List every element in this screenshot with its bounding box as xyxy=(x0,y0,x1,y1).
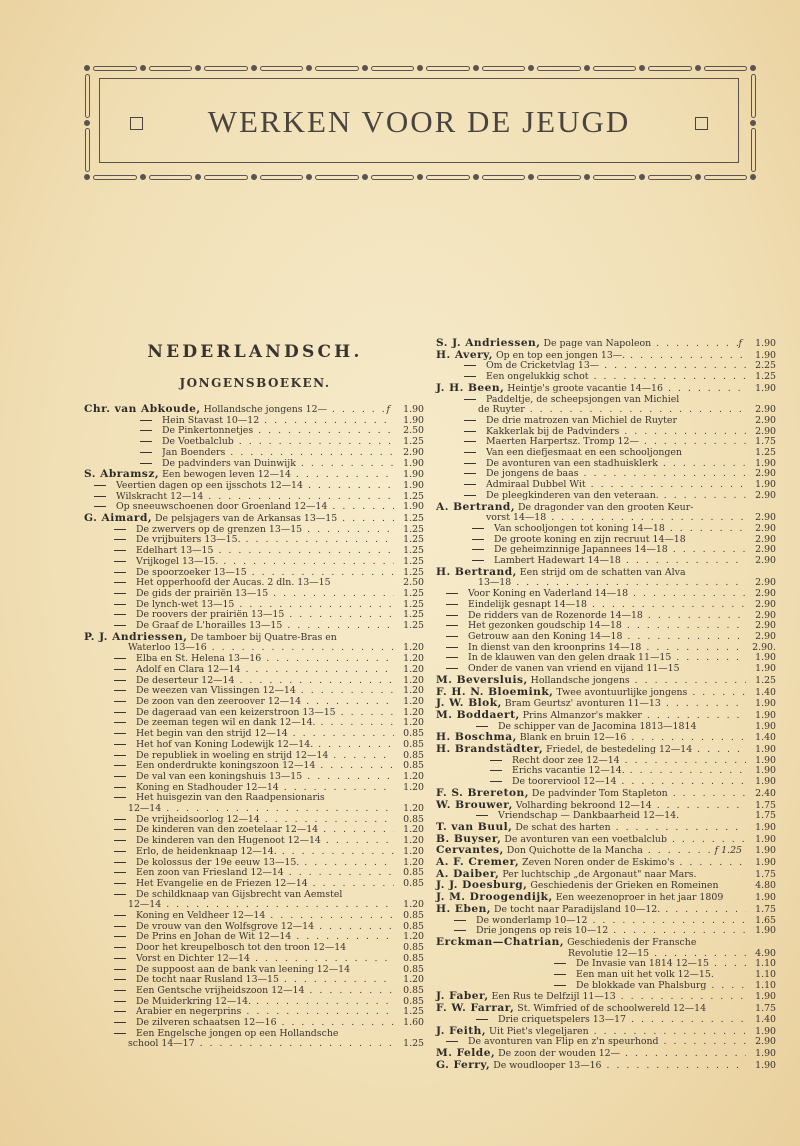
book-title: de Ruyter xyxy=(478,405,746,416)
ditto-dash-icon xyxy=(114,915,126,916)
book-title: De tamboer bij Quatre-Bras en xyxy=(190,633,394,644)
book-title: De schildknaap van Gijsbrecht van Aemste… xyxy=(136,890,394,901)
book-title: De groote koning en zijn recruut 14—18 xyxy=(494,535,746,546)
book-entry: Paddeltje, de scheepsjongen van Michiel xyxy=(436,395,776,406)
ditto-dash-icon xyxy=(464,376,476,377)
book-title: De zilveren schaatsen 12—16 xyxy=(136,1018,394,1029)
book-title: De kinderen van den zoetelaar 12—14 xyxy=(136,825,394,836)
book-entry: De zilveren schaatsen 12—161.60 xyxy=(84,1018,424,1029)
book-entry: Veertien dagen op een ijsschots 12—141.9… xyxy=(84,481,424,492)
ditto-dash-icon xyxy=(446,657,458,658)
ditto-dash-icon xyxy=(446,1041,458,1042)
book-title: De avonturen van een stadhuisklerk xyxy=(486,459,746,470)
book-entry-author: M. Felde, De zoon der wouden 12—1.90 xyxy=(436,1048,776,1060)
book-entry: Een man uit het volk 12—15.1.10 xyxy=(436,970,776,981)
book-entry: Door het kreupelbosch tot den troon 12—1… xyxy=(84,943,424,954)
book-entry: De roovers der prairiën 13—151.25 xyxy=(84,610,424,621)
book-title: school 14—17 xyxy=(128,1039,394,1050)
author-name: G. Ferry, xyxy=(436,1060,490,1071)
book-title: De dageraad van een keizerstroon 13—15 xyxy=(136,708,394,719)
price: 1.90 xyxy=(394,459,424,470)
section-heading: NEDERLANDSCH. xyxy=(84,342,426,362)
ditto-dash-icon xyxy=(446,625,458,626)
price: 2.90 xyxy=(746,1037,776,1048)
book-title: De spoorzoeker 13—15 xyxy=(136,568,394,579)
book-title: Veertien dagen op een ijsschots 12—14 xyxy=(116,481,394,492)
book-entry: De groote koning en zijn recruut 14—182.… xyxy=(436,535,776,546)
ditto-dash-icon xyxy=(114,1033,126,1034)
book-entry: Erichs vacantie 12—14.1.90 xyxy=(436,766,776,777)
top-chain-border xyxy=(84,64,756,72)
book-entry: De deserteur 12—141.20 xyxy=(84,676,424,687)
book-title: Drie criquetspelers 13—17 xyxy=(498,1015,746,1026)
book-entry: De suppoost aan de bank van leening 12—1… xyxy=(84,965,424,976)
author-name: H. Bertrand, xyxy=(436,567,517,578)
price: 1.10 xyxy=(746,981,776,992)
book-title: De deserteur 12—14 xyxy=(136,676,394,687)
book-entry: Van schooljongen tot koning 14—182.90 xyxy=(436,524,776,535)
book-entry: De zwervers op de grenzen 13—151.25 xyxy=(84,525,424,536)
book-entry: Drie criquetspelers 13—171.40 xyxy=(436,1015,776,1026)
book-title: De zeeman tegen wil en dank 12—14. xyxy=(136,718,394,729)
book-entry: Arabier en negerprins1.25 xyxy=(84,1007,424,1018)
price: 2.40 xyxy=(746,789,776,800)
book-entry: 12—141.20 xyxy=(84,900,424,911)
book-entry: Adolf en Clara 12—141.20 xyxy=(84,665,424,676)
price: 1.90 xyxy=(746,722,776,733)
book-title: Op sneeuwschoenen door Groenland 12—14 xyxy=(116,502,394,513)
book-title: De wonderlamp 10—12 xyxy=(476,916,746,927)
book-entry: De Voetbalclub1.25 xyxy=(84,437,424,448)
ditto-dash-icon xyxy=(140,452,152,453)
ditto-dash-icon xyxy=(114,701,126,702)
book-title: De page van Napoleon xyxy=(543,339,738,350)
book-title: Vriendschap — Dankbaarheid 12—14. xyxy=(498,811,746,822)
book-title: Friedel, de bestedeling 12—14 xyxy=(546,745,746,756)
book-entry: De republiek in woeling en strijd 12—140… xyxy=(84,751,424,762)
book-entry: 12—141.20 xyxy=(84,804,424,815)
book-title: Erlo, de heidenknaap 12—14. xyxy=(136,847,394,858)
author-name: Cervantes, xyxy=(436,845,504,856)
author-name: G. Aimard, xyxy=(84,513,152,524)
title-box: WERKEN VOOR DE JEUGD xyxy=(99,78,739,163)
ditto-dash-icon xyxy=(140,420,152,421)
ditto-dash-icon xyxy=(554,963,566,964)
book-title: Adolf en Clara 12—14 xyxy=(136,665,394,676)
book-title: De kinderen van den Hugenoot 12—14 xyxy=(136,836,394,847)
price: 1.25 xyxy=(394,1039,424,1050)
book-entry: In dienst van den kroonprins 14—182.90. xyxy=(436,643,776,654)
book-title: De schipper van de Jacomina 1813—1814 xyxy=(498,722,746,733)
ditto-dash-icon xyxy=(114,582,126,583)
book-title: In de klauwen van den gelen draak 11—15 xyxy=(468,653,746,664)
ditto-dash-icon xyxy=(476,726,488,727)
book-title: Revolutie 12—15 xyxy=(568,949,746,960)
price: 1.90 xyxy=(746,699,776,710)
ditto-dash-icon xyxy=(140,430,152,431)
book-entry: Een onderdrukte koningszoon 12—140.85 xyxy=(84,761,424,772)
book-entry: De kinderen van den zoetelaar 12—141.20 xyxy=(84,825,424,836)
price: 1.75 xyxy=(746,870,776,881)
ditto-dash-icon xyxy=(464,441,476,442)
book-entry-author: W. Brouwer, Volharding bekroond 12—141.7… xyxy=(436,800,776,812)
ditto-dash-icon xyxy=(114,539,126,540)
book-entry: Jan Boenders2.90 xyxy=(84,448,424,459)
ditto-dash-icon xyxy=(114,529,126,530)
author-name: M. Felde, xyxy=(436,1048,495,1059)
ditto-dash-icon xyxy=(464,495,476,496)
price: 1.40 xyxy=(746,1015,776,1026)
book-entry-author: S. J. Andriessen, De page van Napoleonf1… xyxy=(436,338,776,350)
ditto-dash-icon xyxy=(94,506,106,507)
ditto-dash-icon xyxy=(454,930,466,931)
book-title: De pleegkinderen van den veteraan. xyxy=(486,491,746,502)
ditto-dash-icon xyxy=(446,668,458,669)
book-entry: De val van een koningshuis 13—151.20 xyxy=(84,772,424,783)
book-entry: Het Evangelie en de Friezen 12—140.85 xyxy=(84,879,424,890)
ditto-dash-icon xyxy=(476,1019,488,1020)
catalog-page: WERKEN VOOR DE JEUGD NEDERLANDSCH. JONGE… xyxy=(0,0,800,1146)
book-entry-author: H. Brandstädter, Friedel, de bestedeling… xyxy=(436,744,776,756)
book-entry-author: M. Beversluis, Hollandsche jongens1.25 xyxy=(436,675,776,687)
ditto-dash-icon xyxy=(476,815,488,816)
ditto-dash-icon xyxy=(114,669,126,670)
price: 1.90 xyxy=(394,502,424,513)
book-title: Prins Almanzor's makker xyxy=(523,711,746,722)
book-title: De tocht naar Paradijsland 10—12. xyxy=(494,905,746,916)
author-name: J. M. Droogendijk, xyxy=(436,892,553,903)
book-entry-author: F. W. Farrar, St. Wimfried of de schoolw… xyxy=(436,1003,776,1015)
ditto-dash-icon xyxy=(114,872,126,873)
ditto-dash-icon xyxy=(554,985,566,986)
ditto-dash-icon xyxy=(446,593,458,594)
book-entry: De gids der prairiën 13—151.25 xyxy=(84,589,424,600)
author-name: F. S. Brereton, xyxy=(436,788,529,799)
book-entry: Getrouw aan den Koning 14—182.90 xyxy=(436,632,776,643)
book-title: vorst 14—18 xyxy=(486,513,746,524)
ditto-dash-icon xyxy=(490,770,502,771)
book-title: Een man uit het volk 12—15. xyxy=(576,970,746,981)
book-entry-author: F. S. Brereton, De padvinder Tom Staplet… xyxy=(436,788,776,800)
book-entry: Eindelijk gesnapt 14—182.90 xyxy=(436,600,776,611)
book-title: Volharding bekroond 12—14 xyxy=(516,801,746,812)
book-title: De dragonder van den grooten Keur- xyxy=(518,503,746,514)
ditto-dash-icon xyxy=(114,755,126,756)
book-entry: De zeeman tegen wil en dank 12—14.1.20 xyxy=(84,718,424,729)
ditto-dash-icon xyxy=(464,420,476,421)
book-entry: Wilskracht 12—141.25 xyxy=(84,492,424,503)
book-title: Eindelijk gesnapt 14—18 xyxy=(468,600,746,611)
book-entry: De geheimzinnige Japannees 14—182.90 xyxy=(436,545,776,556)
price: 1.60 xyxy=(394,1018,424,1029)
ditto-dash-icon xyxy=(554,974,566,975)
ditto-dash-icon xyxy=(114,614,126,615)
author-name: J. Feith, xyxy=(436,1026,486,1037)
book-title: Het gezonken goudschip 14—18 xyxy=(468,621,746,632)
book-title: De ridders van de Rozenorde 14—18 xyxy=(468,611,746,622)
book-entry: In de klauwen van den gelen draak 11—151… xyxy=(436,653,776,664)
book-entry: Erlo, de heidenknaap 12—14.1.20 xyxy=(84,847,424,858)
ditto-dash-icon xyxy=(472,528,484,529)
price: 1.90 xyxy=(746,339,776,350)
left-book-list: Chr. van Abkoude, Hollandsche jongens 12… xyxy=(84,404,424,1050)
price: 2.90 xyxy=(746,556,776,567)
ditto-dash-icon xyxy=(94,485,106,486)
book-title: De vrijheidsoorlog 12—14 xyxy=(136,815,394,826)
book-title: Don Quichotte de la Mancha xyxy=(507,846,715,857)
book-title: De weezen van Vlissingen 12—14 xyxy=(136,686,394,697)
right-book-list: S. J. Andriessen, De page van Napoleonf1… xyxy=(436,338,776,1071)
price: 2.90 xyxy=(746,491,776,502)
price: 1.90 xyxy=(746,846,776,857)
book-entry: De Pinkertonnetjes2.50 xyxy=(84,426,424,437)
book-entry: Het opperhoofd der Aucas. 2 dln. 13—152.… xyxy=(84,578,424,589)
author-name: J. Faber, xyxy=(436,991,489,1002)
book-title: De tocht naar Rusland 13—15 xyxy=(136,975,394,986)
book-entry: De avonturen van een stadhuisklerk1.90 xyxy=(436,459,776,470)
book-entry-author: G. Aimard, De pelsjagers van de Arkansas… xyxy=(84,513,424,525)
ditto-dash-icon xyxy=(114,1011,126,1012)
author-name: H. Avery, xyxy=(436,350,493,361)
book-title: Van een diefjesmaat en een schooljongen xyxy=(486,448,746,459)
ditto-dash-icon xyxy=(114,625,126,626)
book-entry: Revolutie 12—154.90 xyxy=(436,949,776,960)
author-name: F. H. N. Bloemink, xyxy=(436,687,553,698)
book-title: Twee avontuurlijke jongens xyxy=(556,688,746,699)
price: 0.85 xyxy=(394,879,424,890)
book-title: De suppoost aan de bank van leening 12—1… xyxy=(136,965,394,976)
book-entry: De zoon van den zeeroover 12—141.20 xyxy=(84,697,424,708)
price: 1.75 xyxy=(746,905,776,916)
book-entry: De spoorzoeker 13—151.25 xyxy=(84,568,424,579)
book-title: De avonturen van een voetbalclub xyxy=(504,835,746,846)
author-name: H. Brandstädter, xyxy=(436,744,543,755)
author-name: A. Daiber, xyxy=(436,869,499,880)
ditto-dash-icon xyxy=(94,496,106,497)
book-entry: Waterloo 13—161.20 xyxy=(84,643,424,654)
book-title: Een Gentsche vrijheidszoon 12—14 xyxy=(136,986,394,997)
price: 1.25 xyxy=(746,676,776,687)
ditto-dash-icon xyxy=(472,549,484,550)
book-title: De val van een koningshuis 13—15 xyxy=(136,772,394,783)
price: 1.40 xyxy=(746,733,776,744)
book-entry: Edelhart 13—151.25 xyxy=(84,546,424,557)
book-title: In dienst van den kroonprins 14—18 xyxy=(468,643,746,654)
book-entry: Het huisgezin van den Raadpensionaris xyxy=(84,793,424,804)
ditto-dash-icon xyxy=(464,463,476,464)
book-title: De Prins en Johan de Wit 12—14 xyxy=(136,932,394,943)
alt-price: f 1.25 xyxy=(715,846,746,857)
ditto-dash-icon xyxy=(114,936,126,937)
book-entry: Van een diefjesmaat en een schooljongen1… xyxy=(436,448,776,459)
book-title: 12—14 xyxy=(128,900,394,911)
book-title: Door het kreupelbosch tot den troon 12—1… xyxy=(136,943,394,954)
book-entry: Maerten Harpertsz. Tromp 12—1.75 xyxy=(436,437,776,448)
book-title: Koning en Stadhouder 12—14 xyxy=(136,783,394,794)
book-title: Uit Piet's vlegeljaren xyxy=(489,1027,746,1038)
book-entry-author: P. J. Andriessen, De tamboer bij Quatre-… xyxy=(84,632,424,644)
ditto-dash-icon xyxy=(464,365,476,366)
ditto-dash-icon xyxy=(114,862,126,863)
price: 2.90 xyxy=(746,600,776,611)
book-entry: Kakkerlak bij de Padvinders2.90 xyxy=(436,427,776,438)
price: 1.90 xyxy=(746,893,776,904)
book-title: De gids der prairiën 13—15 xyxy=(136,589,394,600)
book-title: Edelhart 13—15 xyxy=(136,546,394,557)
book-entry: vorst 14—182.90 xyxy=(436,513,776,524)
ditto-dash-icon xyxy=(114,819,126,820)
book-title: De padvinders van Duinwijk xyxy=(162,459,394,470)
ditto-dash-icon xyxy=(114,604,126,605)
book-title: Op en top een jongen 13—. xyxy=(496,351,746,362)
book-entry: De Invasie van 1814 12—151.10 xyxy=(436,959,776,970)
book-entry-author: H. Bertrand, Een strijd om de schatten v… xyxy=(436,567,776,579)
price: 0.85 xyxy=(394,954,424,965)
book-entry: De kolossus der 19e eeuw 13—15.1.20 xyxy=(84,858,424,869)
ditto-dash-icon xyxy=(114,593,126,594)
book-entry: De vrijheidsoorlog 12—140.85 xyxy=(84,815,424,826)
book-title: Hollandsche jongens 12— xyxy=(204,405,387,416)
author-name: A. Bertrand, xyxy=(436,502,515,513)
square-ornament-icon xyxy=(695,117,708,130)
book-title: Zeven Noren onder de Eskimo's xyxy=(522,858,746,869)
price: 1.90 xyxy=(746,777,776,788)
book-title: De jongens de baas xyxy=(486,469,746,480)
book-entry: De dageraad van een keizerstroon 13—151.… xyxy=(84,708,424,719)
book-title: De blokkade van Phalsburg xyxy=(576,981,746,992)
book-title: De zwervers op de grenzen 13—15 xyxy=(136,525,394,536)
book-entry: Hein Stavast 10—121.90 xyxy=(84,416,424,427)
book-entry-author: H. Avery, Op en top een jongen 13—.1.90 xyxy=(436,350,776,362)
ditto-dash-icon xyxy=(140,463,152,464)
book-entry: De weezen van Vlissingen 12—141.20 xyxy=(84,686,424,697)
left-chain-border xyxy=(84,72,90,174)
book-title: De republiek in woeling en strijd 12—14 xyxy=(136,751,394,762)
book-title: De padvinder Tom Stapleton xyxy=(532,789,746,800)
book-entry: De kinderen van den Hugenoot 12—141.20 xyxy=(84,836,424,847)
book-entry: Een Engelsche jongen op een Hollandsche xyxy=(84,1029,424,1040)
book-title: De schat des harten xyxy=(515,823,746,834)
book-title: Blank en bruin 12—16 xyxy=(520,733,746,744)
book-entry: Vorst en Dichter 12—140.85 xyxy=(84,954,424,965)
ditto-dash-icon xyxy=(464,473,476,474)
price: 1.40 xyxy=(746,688,776,699)
book-entry: Het gezonken goudschip 14—182.90 xyxy=(436,621,776,632)
book-entry-author: Chr. van Abkoude, Hollandsche jongens 12… xyxy=(84,404,424,416)
book-title: Het begin van den strijd 12—14 xyxy=(136,729,394,740)
book-entry: De lynch-wet 13—151.25 xyxy=(84,600,424,611)
book-entry: De drie matrozen van Michiel de Ruyter2.… xyxy=(436,416,776,427)
currency-symbol: f xyxy=(387,405,394,416)
book-title: Een ongelukkig schot xyxy=(486,372,746,383)
book-title: Koning en Veldheer 12—14 xyxy=(136,911,394,922)
ditto-dash-icon xyxy=(446,615,458,616)
author-name: B. Buyser, xyxy=(436,834,501,845)
book-title: Een zoon van Friesland 12—14 xyxy=(136,868,394,879)
book-entry-author: M. Boddaert, Prins Almanzor's makker1.90 xyxy=(436,710,776,722)
right-chain-border xyxy=(750,72,756,174)
book-title: Hein Stavast 10—12 xyxy=(162,416,394,427)
author-name: J. H. Been, xyxy=(436,383,504,394)
ditto-dash-icon xyxy=(114,680,126,681)
book-title: Geschiedenis der Fransche xyxy=(567,938,746,949)
book-title: Van schooljongen tot koning 14—18 xyxy=(494,524,746,535)
ditto-dash-icon xyxy=(464,484,476,485)
price: 1.90 xyxy=(746,1049,776,1060)
ditto-dash-icon xyxy=(114,550,126,551)
ditto-dash-icon xyxy=(472,560,484,561)
section-subheading: JONGENSBOEKEN. xyxy=(84,376,426,390)
book-title: Het huisgezin van den Raadpensionaris xyxy=(136,793,394,804)
ditto-dash-icon xyxy=(114,926,126,927)
book-title: De drie matrozen van Michiel de Ruyter xyxy=(486,416,746,427)
book-entry: Recht door zee 12—141.90 xyxy=(436,756,776,767)
book-entry: Voor Koning en Vaderland 14—182.90 xyxy=(436,589,776,600)
book-entry-author: J. H. Been, Heintje's groote vacantie 14… xyxy=(436,383,776,395)
price: 1.90 xyxy=(746,1061,776,1072)
author-name: J. J. Doesburg, xyxy=(436,880,527,891)
book-entry: Elba en St. Helena 13—161.20 xyxy=(84,654,424,665)
book-entry: Een Gentsche vrijheidszoon 12—140.85 xyxy=(84,986,424,997)
price: 2.90 xyxy=(394,448,424,459)
ditto-dash-icon xyxy=(114,561,126,562)
bottom-chain-border xyxy=(84,173,756,181)
book-entry: school 14—171.25 xyxy=(84,1039,424,1050)
price: 1.90 xyxy=(746,858,776,869)
book-title: De geheimzinnige Japannees 14—18 xyxy=(494,545,746,556)
ditto-dash-icon xyxy=(114,1001,126,1002)
book-title: St. Wimfried of de schoolwereld 12—14 xyxy=(517,1004,746,1015)
book-title: Bram Geurtsz' avonturen 11—13 xyxy=(505,699,746,710)
author-name: H. Eben, xyxy=(436,904,491,915)
book-entry: Vrijkogel 13—15.1.25 xyxy=(84,557,424,568)
ditto-dash-icon xyxy=(114,947,126,948)
ditto-dash-icon xyxy=(114,883,126,884)
ditto-dash-icon xyxy=(114,851,126,852)
book-title: Een Rus te Delfzijl 11—13 xyxy=(492,992,746,1003)
price: 1.90 xyxy=(746,835,776,846)
ditto-dash-icon xyxy=(114,1022,126,1023)
ditto-dash-icon xyxy=(472,539,484,540)
book-title: De Invasie van 1814 12—15 xyxy=(576,959,746,970)
book-entry: Koning en Stadhouder 12—141.20 xyxy=(84,783,424,794)
ditto-dash-icon xyxy=(114,979,126,980)
book-title: 13—18 xyxy=(478,578,746,589)
book-title: Kakkerlak bij de Padvinders xyxy=(486,427,746,438)
book-title: Een weezenoproer in het jaar 1809 xyxy=(556,893,746,904)
book-entry: Het begin van den strijd 12—140.85 xyxy=(84,729,424,740)
ditto-dash-icon xyxy=(114,894,126,895)
book-entry-author: T. van Buul, De schat des harten1.90 xyxy=(436,822,776,834)
ditto-dash-icon xyxy=(114,969,126,970)
book-title: De zoon der wouden 12— xyxy=(498,1049,746,1060)
book-entry: De vrijbuiters 13—15.1.25 xyxy=(84,535,424,546)
book-title: De Pinkertonnetjes xyxy=(162,426,394,437)
ditto-dash-icon xyxy=(114,840,126,841)
book-title: De avonturen van Flip en z'n speurhond xyxy=(468,1037,746,1048)
ditto-dash-icon xyxy=(114,958,126,959)
book-entry: De Prins en Johan de Wit 12—141.20 xyxy=(84,932,424,943)
ditto-dash-icon xyxy=(114,722,126,723)
book-title: De lynch-wet 13—15 xyxy=(136,600,394,611)
book-entry-author: A. F. Cremer, Zeven Noren onder de Eskim… xyxy=(436,857,776,869)
book-title: Een strijd om de schatten van Alva xyxy=(520,568,746,579)
author-name: W. Brouwer, xyxy=(436,800,513,811)
price: 1.20 xyxy=(394,783,424,794)
book-entry: De wonderlamp 10—121.65 xyxy=(436,916,776,927)
ditto-dash-icon xyxy=(114,658,126,659)
book-title: Een onderdrukte koningszoon 12—14 xyxy=(136,761,394,772)
